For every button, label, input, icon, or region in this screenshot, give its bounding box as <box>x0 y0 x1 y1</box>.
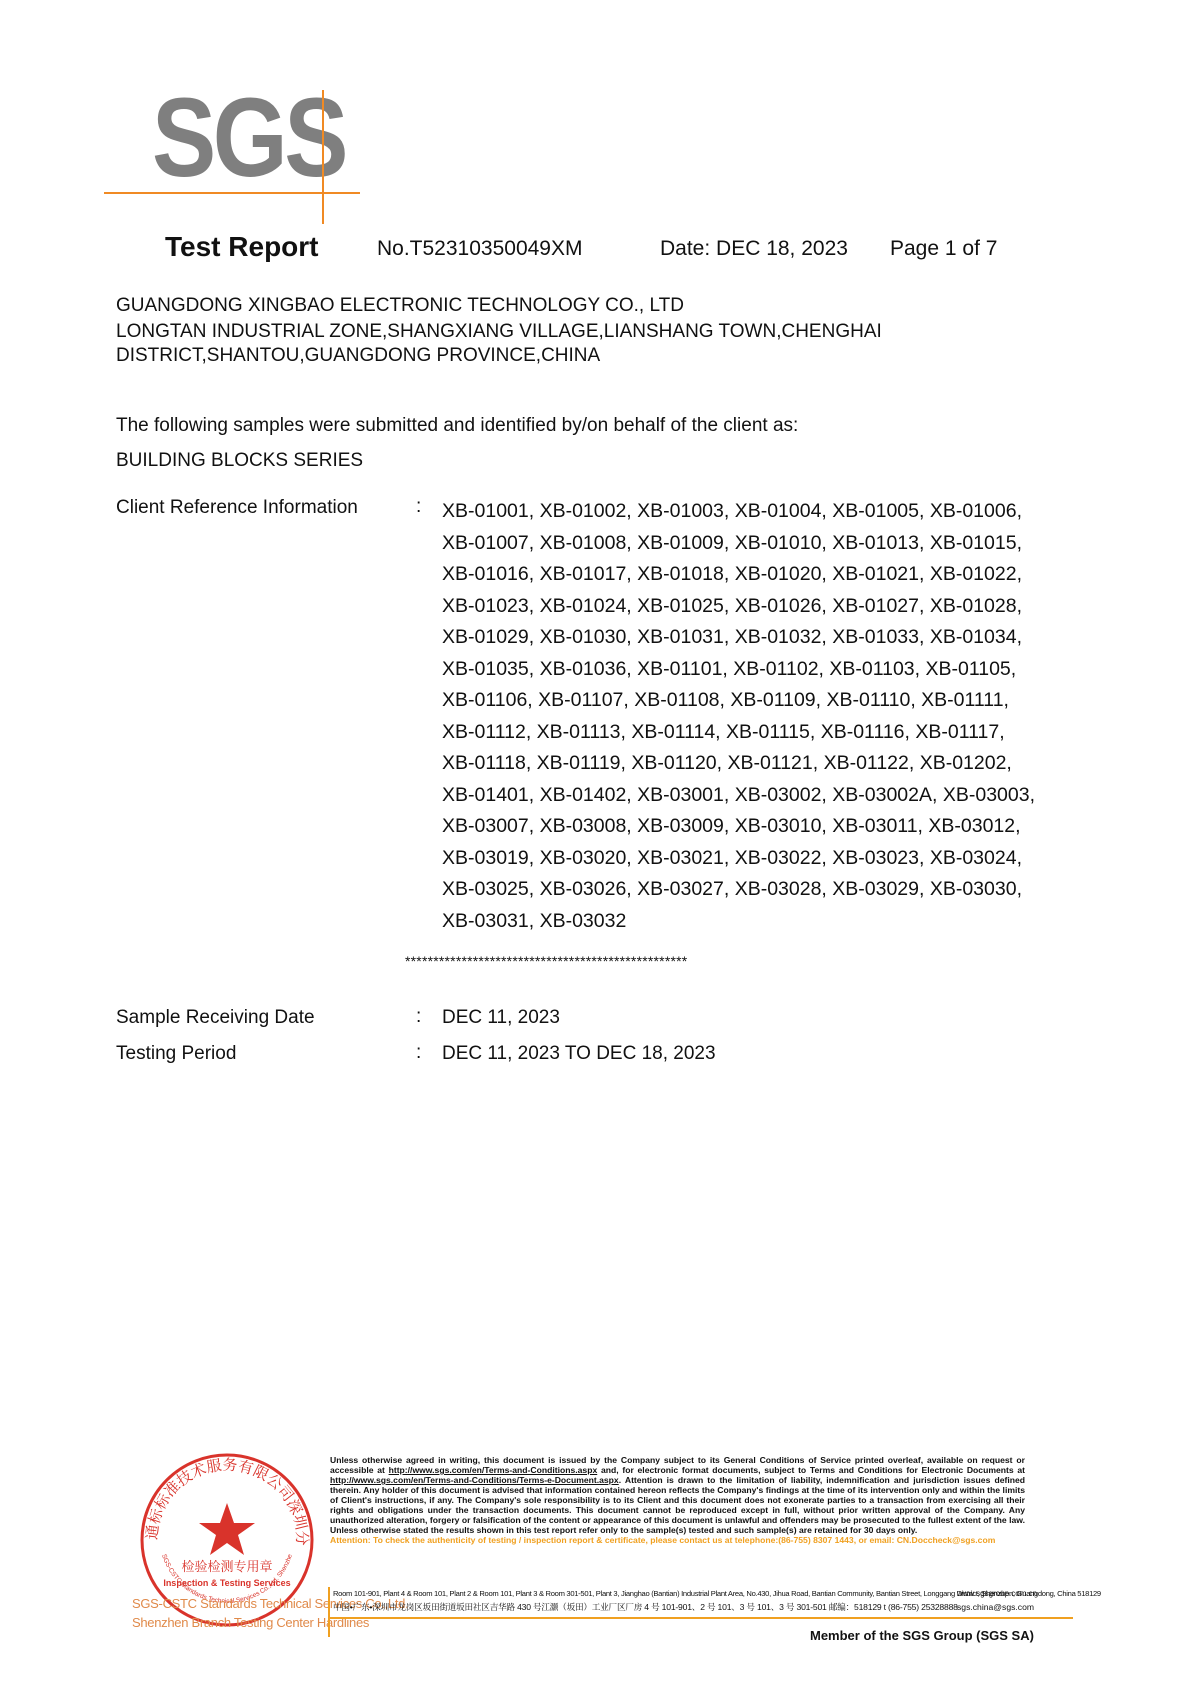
receiving-date-label: Sample Receiving Date <box>116 1006 315 1030</box>
client-reference-row: XB-03025, XB-03026, XB-03027, XB-03028, … <box>442 874 1122 906</box>
client-reference-row: XB-01029, XB-01030, XB-01031, XB-01032, … <box>442 622 1122 654</box>
seal-center-cn: 检验检测专用章 <box>181 1559 272 1575</box>
client-reference-label: Client Reference Information <box>116 496 358 520</box>
client-reference-colon: : <box>416 496 421 518</box>
terms-conditions-link[interactable]: http://www.sgs.com/en/Terms-and-Conditio… <box>389 1465 598 1475</box>
legal-disclaimer: Unless otherwise agreed in writing, this… <box>330 1455 1025 1545</box>
testing-period-colon: : <box>416 1042 421 1064</box>
sgs-logo: SGS <box>152 82 345 194</box>
client-address-line-2: DISTRICT,SHANTOU,GUANGDONG PROVINCE,CHIN… <box>116 344 1016 368</box>
seal-caption: SGS-CSTC Standards Technical Services Co… <box>132 1594 408 1632</box>
client-reference-row: XB-03031, XB-03032 <box>442 906 1122 938</box>
sgs-member-note: Member of the SGS Group (SGS SA) <box>810 1628 1034 1643</box>
receiving-date-value: DEC 11, 2023 <box>442 1006 560 1030</box>
testing-period-label: Testing Period <box>116 1042 236 1066</box>
terms-e-document-link[interactable]: http://www.sgs.com/en/Terms-and-Conditio… <box>330 1475 619 1485</box>
client-reference-row: XB-01401, XB-01402, XB-03001, XB-03002, … <box>442 780 1122 812</box>
sample-intro: The following samples were submitted and… <box>116 414 798 438</box>
page-indicator: Page 1 of 7 <box>890 234 997 264</box>
email-link[interactable]: sgs.china@sgs.com <box>957 1602 1034 1613</box>
client-name: GUANGDONG XINGBAO ELECTRONIC TECHNOLOGY … <box>116 294 684 318</box>
client-address-line-1: LONGTAN INDUSTRIAL ZONE,SHANGXIANG VILLA… <box>116 320 1016 344</box>
client-reference-row: XB-01035, XB-01036, XB-01101, XB-01102, … <box>442 654 1122 686</box>
separator-stars: ****************************************… <box>405 953 687 969</box>
client-reference-row: XB-01007, XB-01008, XB-01009, XB-01010, … <box>442 528 1122 560</box>
seal-center-en: Inspection & Testing Services <box>163 1578 290 1588</box>
seal-star-icon <box>199 1503 255 1555</box>
client-reference-row: XB-01118, XB-01119, XB-01120, XB-01121, … <box>442 748 1122 780</box>
client-reference-row: XB-01112, XB-01113, XB-01114, XB-01115, … <box>442 717 1122 749</box>
seal-caption-line-2: Shenzhen Branch Testing Center Hardlines <box>132 1613 408 1632</box>
client-reference-row: XB-03019, XB-03020, XB-03021, XB-03022, … <box>442 843 1122 875</box>
sample-series: BUILDING BLOCKS SERIES <box>116 449 363 473</box>
client-reference-list: XB-01001, XB-01002, XB-01003, XB-01004, … <box>442 496 1122 937</box>
report-title: Test Report <box>165 232 319 262</box>
receiving-date-colon: : <box>416 1006 421 1028</box>
client-reference-row: XB-01106, XB-01107, XB-01108, XB-01109, … <box>442 685 1122 717</box>
logo-vertical-rule <box>322 90 324 224</box>
client-reference-row: XB-01016, XB-01017, XB-01018, XB-01020, … <box>442 559 1122 591</box>
report-date: Date: DEC 18, 2023 <box>660 234 848 264</box>
client-address: LONGTAN INDUSTRIAL ZONE,SHANGXIANG VILLA… <box>116 320 1016 368</box>
testing-period-value: DEC 11, 2023 TO DEC 18, 2023 <box>442 1042 716 1066</box>
report-number: No.T52310350049XM <box>377 234 582 264</box>
footer-rule <box>328 1617 1073 1619</box>
website-link[interactable]: www.sgsgroup.com.cn <box>957 1588 1037 1599</box>
disclaimer-part-2: and, for electronic format documents, su… <box>597 1465 1025 1475</box>
address-accent-bar <box>328 1587 330 1637</box>
client-reference-row: XB-01023, XB-01024, XB-01025, XB-01026, … <box>442 591 1122 623</box>
client-reference-row: XB-01001, XB-01002, XB-01003, XB-01004, … <box>442 496 1122 528</box>
authenticity-notice: Attention: To check the authenticity of … <box>330 1535 1025 1545</box>
office-address-cn: 中国•广东•深圳市龙岗区坂田街道坂田社区吉华路 430 号江灏（坂田）工业厂区厂… <box>333 1602 958 1613</box>
client-reference-row: XB-03007, XB-03008, XB-03009, XB-03010, … <box>442 811 1122 843</box>
